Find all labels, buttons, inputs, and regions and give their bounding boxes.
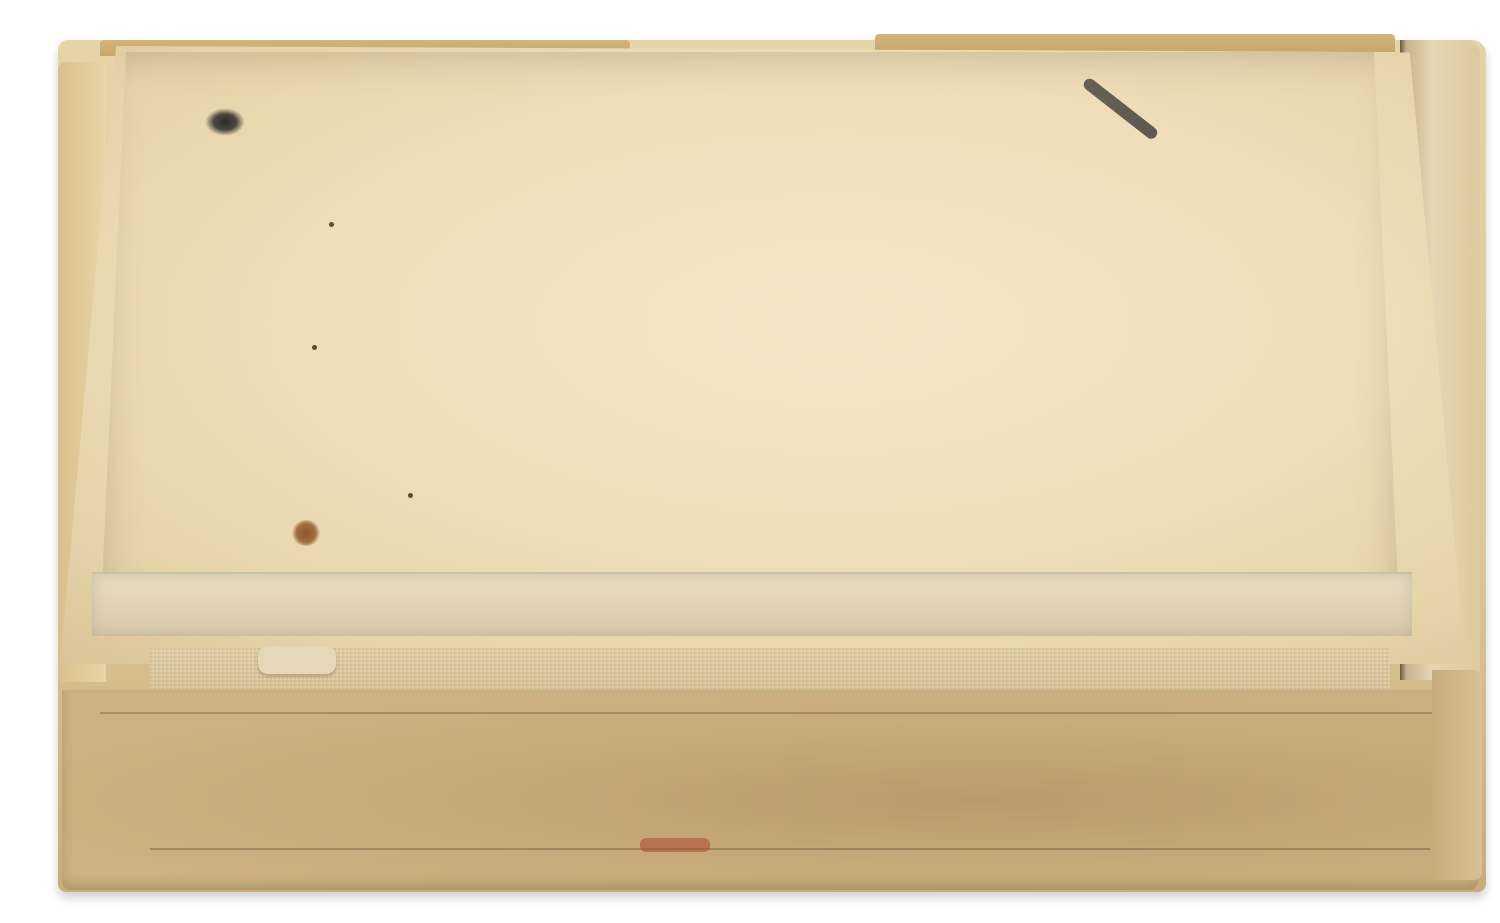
box-front-face [62,690,1478,890]
brown-spot [292,520,320,546]
front-crease-top [100,712,1440,714]
ink-stain-left [205,108,245,136]
front-crease-bottom [150,848,1430,850]
lid-front-flap [92,572,1412,636]
speck [329,222,334,227]
photo-scene [0,0,1500,923]
speck [408,493,413,498]
red-mark [640,838,710,852]
box-right-corner [1432,670,1482,880]
hinge-tab [258,646,336,674]
tray-back-wall-right [875,34,1395,52]
speck [312,345,317,350]
lid-edge-grime [100,52,1400,632]
